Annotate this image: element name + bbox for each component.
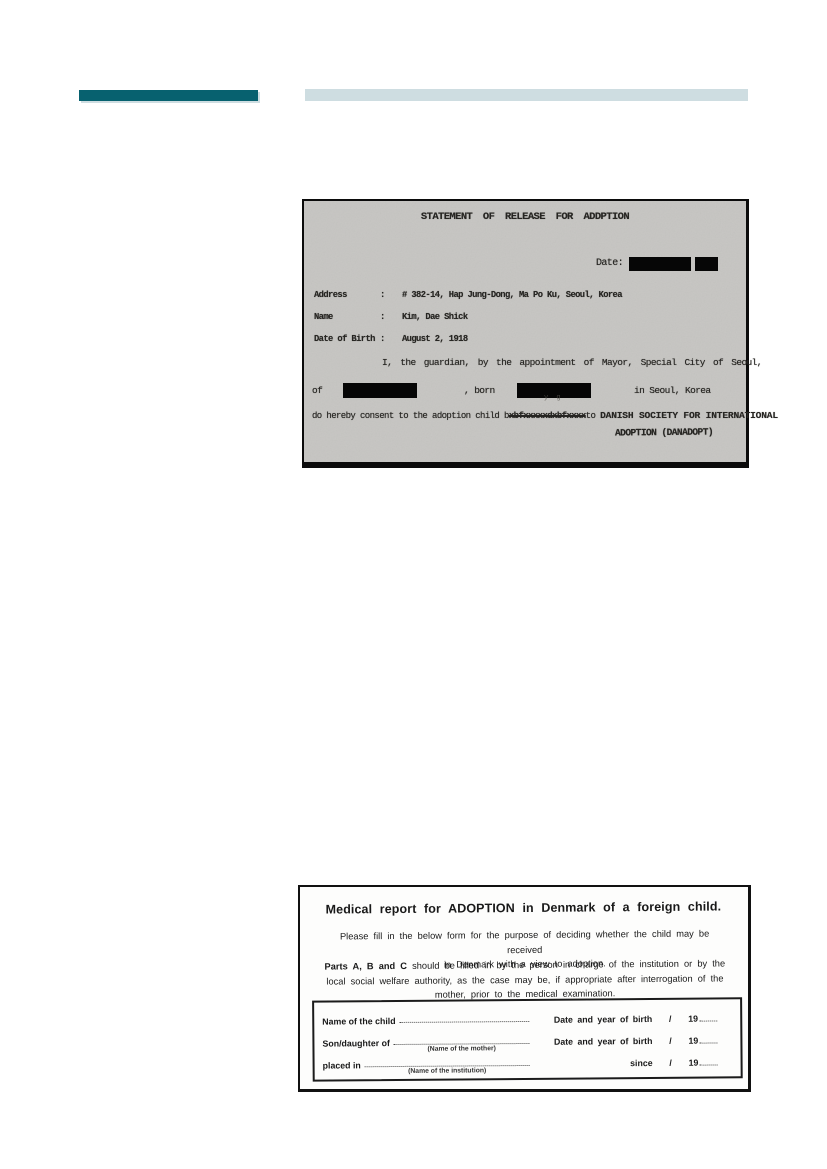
redaction-box-date (629, 257, 691, 271)
of-label: of (312, 385, 322, 396)
parts-bold-lead: Parts A, B and C (324, 961, 407, 972)
field-value: August 2, 1918 (402, 332, 468, 347)
crossed-out-text: xbfxxxxxdxbfxxxx (509, 411, 586, 421)
consent-prefix: do hereby consent to the adoption child … (312, 411, 509, 421)
year-field: 19 (689, 1057, 733, 1068)
year-field: 19 (688, 1013, 732, 1024)
field-label: Date of Birth (314, 332, 380, 347)
field-separator: : (380, 310, 402, 325)
field-label: Name (314, 310, 380, 325)
dotted-fill-line (400, 1021, 530, 1023)
field-row-name: Name : Kim, Dae Shick (314, 303, 622, 325)
consent-line: do hereby consent to the adoption child … (312, 410, 778, 421)
consent-join: to (586, 411, 600, 421)
year-dotted-line (699, 1064, 717, 1065)
release-statement-scan: STATEMENT OF RELEASE FOR ADDPTION Date: … (302, 199, 749, 468)
document-page: STATEMENT OF RELEASE FOR ADDPTION Date: … (0, 0, 827, 1169)
identity-fields: Address : # 382-14, Hap Jung-Dong, Ma Po… (314, 281, 622, 347)
year-dotted-line (699, 1042, 717, 1043)
medical-report-title: Medical report for ADOPTION in Denmark o… (299, 899, 747, 917)
slash-separator: / (653, 1058, 689, 1069)
field-value: Kim, Dae Shick (402, 310, 468, 325)
year-prefix: 19 (688, 1014, 698, 1024)
field-row-address: Address : # 382-14, Hap Jung-Dong, Ma Po… (314, 281, 622, 303)
guardian-statement-line: I, the guardian, by the appointment of M… (382, 357, 762, 368)
society-name-line2: ADOPTION (DANADOPT) (559, 426, 769, 439)
child-identification-box: Name of the child Date and year of birth… (312, 997, 743, 1081)
header-light-bar (305, 89, 748, 101)
redaction-box-guardian-name (343, 383, 417, 398)
field-label: Address (314, 288, 380, 303)
society-name-line1: DANISH SOCIETY FOR INTERNATIONAL (600, 410, 778, 421)
leader-caption: (Name of the institution) (408, 1067, 486, 1075)
form-row-mother-name: Son/daughter of (Name of the mother) Dat… (322, 1024, 732, 1049)
release-title: STATEMENT OF RELEASE FOR ADDPTION (304, 211, 746, 223)
medical-report-instructions: Parts A, B and C should be filled in by … (324, 956, 726, 1003)
birthplace-label: in Seoul, Korea (634, 385, 711, 396)
medical-report-content: Medical report for ADOPTION in Denmark o… (299, 885, 749, 1091)
row-label: Son/daughter of (322, 1038, 390, 1050)
form-row-child-name: Name of the child Date and year of birth… (322, 1002, 732, 1027)
born-label: , born (464, 385, 495, 396)
field-separator: : (380, 332, 402, 347)
date-label: Date: (596, 258, 623, 269)
header-dark-bar (79, 90, 258, 101)
field-row-birthdate: Date of Birth : August 2, 1918 (314, 325, 622, 347)
redaction-box-date-year (695, 257, 718, 271)
field-value: # 382-14, Hap Jung-Dong, Ma Po Ku, Seoul… (402, 288, 622, 303)
year-prefix: 19 (689, 1058, 699, 1068)
field-separator: : (380, 288, 402, 303)
year-prefix: 19 (688, 1036, 698, 1046)
year-field: 19 (688, 1035, 732, 1046)
redaction-remnant-text: y g (544, 394, 563, 402)
year-dotted-line (699, 1020, 717, 1021)
slash-separator: / (652, 1036, 688, 1047)
row-right-label: since (535, 1058, 653, 1070)
slash-separator: / (652, 1014, 688, 1025)
guardian-name-line: of , born y g in Seoul, Korea (312, 383, 742, 401)
medical-report-scan: Medical report for ADOPTION in Denmark o… (298, 885, 751, 1092)
form-row-institution: placed in (Name of the institution) sinc… (322, 1046, 732, 1071)
intro-line1: Please fill in the below form for the pu… (340, 929, 709, 955)
dotted-fill-line: (Name of the institution) (365, 1065, 530, 1067)
row-label: Name of the child (322, 1016, 395, 1028)
row-label: placed in (323, 1060, 361, 1071)
dotted-fill-line: (Name of the mother) (394, 1043, 530, 1045)
